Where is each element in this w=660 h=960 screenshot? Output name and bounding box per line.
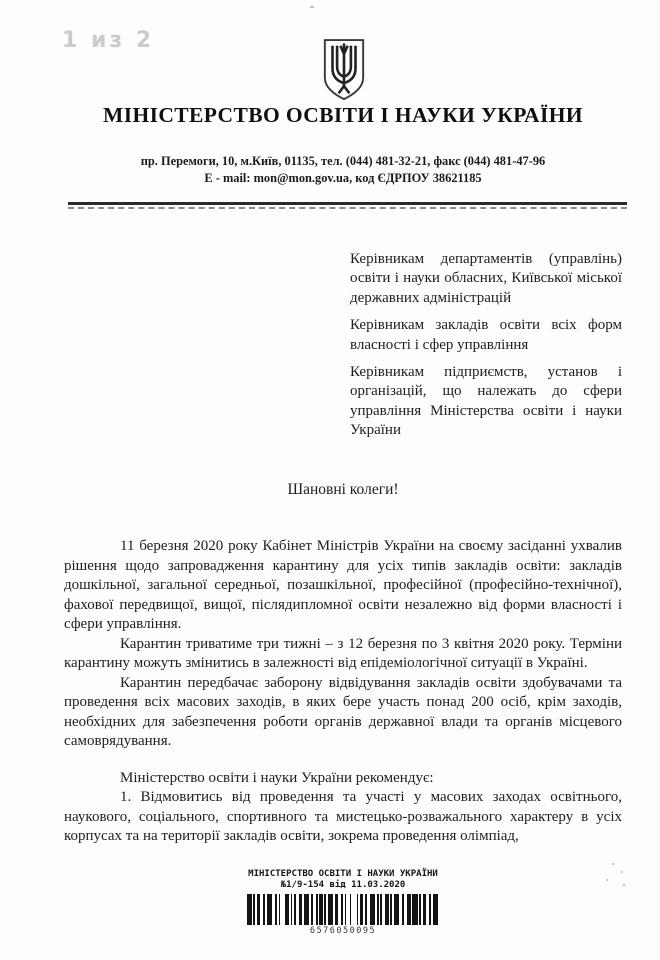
greeting-line: Шановні колеги!	[64, 481, 622, 499]
address-line-2: E - mail: mon@mon.gov.ua, код ЄДРПОУ 386…	[64, 170, 622, 187]
body-paragraph-1: 11 березня 2020 року Кабінет Міністрів У…	[64, 537, 622, 635]
scan-speckle	[621, 871, 623, 873]
ministry-address: пр. Перемоги, 10, м.Київ, 01135, тел. (0…	[64, 153, 622, 186]
scan-speckle	[623, 884, 625, 886]
stamp-ref-line: №1/9-154 від 11.03.2020	[64, 880, 622, 891]
header-separator-line	[68, 202, 627, 212]
scan-speckle	[612, 863, 614, 865]
recipient-3: Керівникам підприємств, установ і органі…	[350, 363, 622, 441]
registration-stamp: МІНІСТЕРСТВО ОСВІТИ І НАУКИ УКРАЇНИ №1/9…	[64, 869, 622, 937]
body-paragraph-2: Карантин триватиме три тижні – з 12 бере…	[64, 635, 622, 674]
recipient-2: Керівникам закладів освіти всіх форм вла…	[350, 316, 622, 355]
ukraine-trident-emblem-icon	[321, 37, 367, 103]
page-indicator: 1 из 2	[62, 28, 154, 53]
body-paragraph-3: Карантин передбачає заборону відвідуванн…	[64, 674, 622, 752]
stamp-org-line: МІНІСТЕРСТВО ОСВІТИ І НАУКИ УКРАЇНИ	[64, 869, 622, 880]
address-line-1: пр. Перемоги, 10, м.Київ, 01135, тел. (0…	[64, 153, 622, 170]
scan-speckle	[310, 6, 314, 8]
letter-body: 11 березня 2020 року Кабінет Міністрів У…	[64, 537, 622, 847]
body-paragraph-4: Міністерство освіти і науки України реко…	[64, 769, 622, 789]
scan-speckle	[606, 879, 608, 881]
document-page: 1 из 2 МІНІСТЕРСТВО ОСВІТИ І НАУКИ УКРАЇ…	[0, 0, 660, 960]
barcode-number: 6576050095	[64, 926, 622, 937]
barcode	[247, 894, 440, 925]
recipient-1: Керівникам департаментів (управлінь) осв…	[350, 250, 622, 308]
body-paragraph-5: 1. Відмовитись від проведення та участі …	[64, 788, 622, 847]
ministry-title: МІНІСТЕРСТВО ОСВІТИ І НАУКИ УКРАЇНИ	[64, 103, 622, 128]
recipients-block: Керівникам департаментів (управлінь) осв…	[350, 250, 622, 449]
